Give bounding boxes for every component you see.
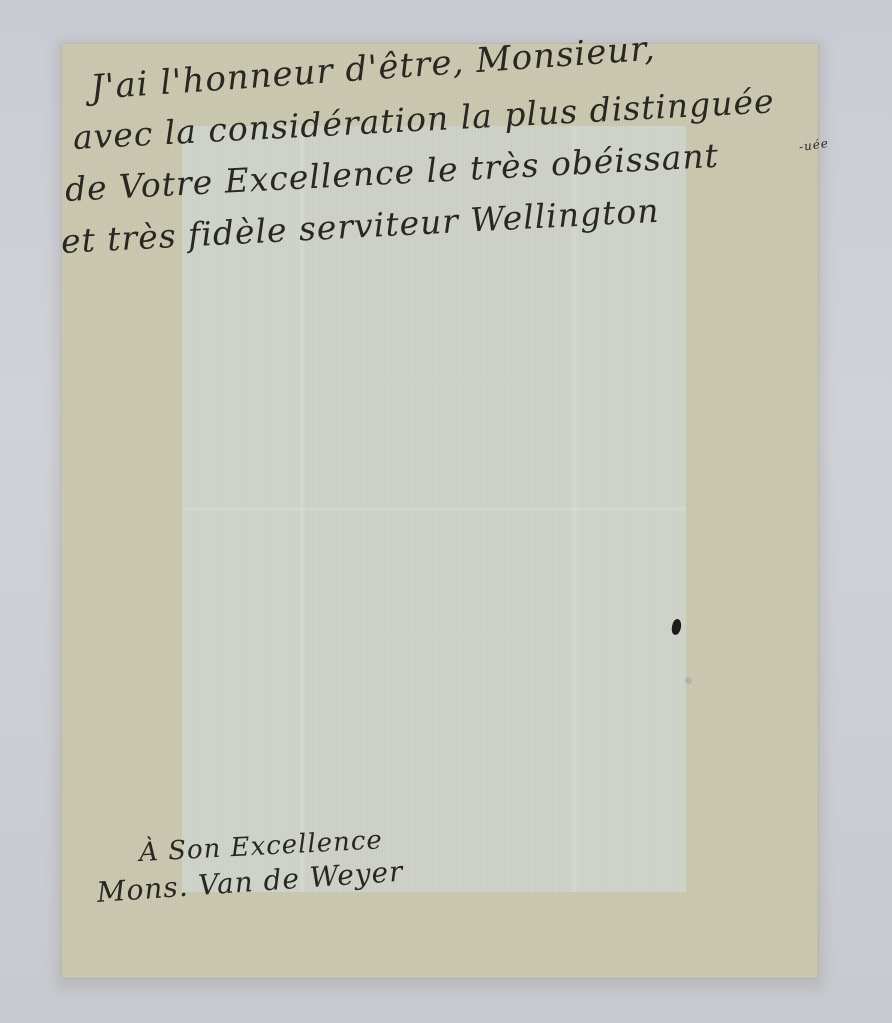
stain-mark-icon <box>685 677 692 684</box>
horizontal-fold <box>182 506 686 512</box>
margin-continuation: -uée <box>798 136 830 154</box>
